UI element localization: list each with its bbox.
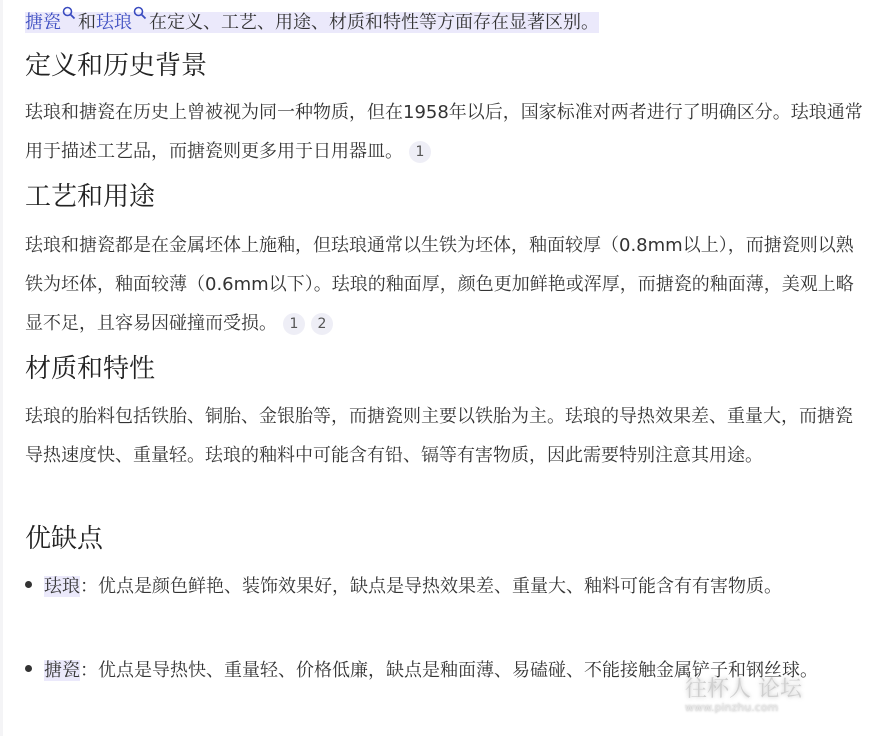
search-icon[interactable]	[133, 6, 147, 20]
section-heading-process: 工艺和用途	[25, 179, 155, 215]
citation-badge[interactable]: 2	[311, 313, 333, 335]
left-border	[0, 0, 3, 736]
section-heading-definition: 定义和历史背景	[25, 48, 207, 84]
term-link-tangci[interactable]: 搪瓷	[25, 12, 61, 33]
bullet-dot	[25, 665, 32, 672]
intro-text: 在定义、工艺、用途、材质和特性等方面存在显著区别。	[149, 12, 599, 33]
section-text-process: 珐琅和搪瓷都是在金属坯体上施釉，但珐琅通常以生铁为坯体，釉面较厚（0.8mm以上…	[25, 226, 865, 343]
intro-line: 搪瓷和珐琅在定义、工艺、用途、材质和特性等方面存在显著区别。	[25, 6, 599, 38]
section-text-definition: 珐琅和搪瓷在历史上曾被视为同一种物质，但在1958年以后，国家标准对两者进行了明…	[25, 93, 865, 171]
list-sep: ：	[80, 576, 98, 597]
paragraph-text: 珐琅和搪瓷都是在金属坯体上施釉，但珐琅通常以生铁为坯体，釉面较厚（0.8mm以上…	[25, 235, 854, 334]
citation-badge[interactable]: 1	[283, 313, 305, 335]
watermark-main: 往杯人 论坛	[685, 677, 802, 702]
intro-connector: 和	[78, 12, 96, 33]
section-heading-pros-cons: 优缺点	[25, 521, 103, 557]
list-term[interactable]: 珐琅	[44, 576, 80, 597]
list-term[interactable]: 搪瓷	[44, 660, 80, 681]
section-text-material: 珐琅的胎料包括铁胎、铜胎、金银胎等，而搪瓷则主要以铁胎为主。珐琅的导热效果差、重…	[25, 397, 865, 475]
watermark: 往杯人 论坛 www.pinzhu.com	[685, 672, 885, 722]
list-sep: ：	[80, 660, 98, 681]
list-text: 优点是颜色鲜艳、装饰效果好，缺点是导热效果差、重量大、釉料可能含有有害物质。	[98, 576, 782, 597]
watermark-sub: www.pinzhu.com	[685, 701, 885, 714]
paragraph-text: 珐琅和搪瓷在历史上曾被视为同一种物质，但在1958年以后，国家标准对两者进行了明…	[25, 102, 863, 162]
bullet-dot	[25, 581, 32, 588]
search-icon[interactable]	[62, 6, 76, 20]
section-heading-material: 材质和特性	[25, 351, 155, 387]
intro-highlight: 搪瓷和珐琅在定义、工艺、用途、材质和特性等方面存在显著区别。	[25, 12, 599, 33]
list-item-falang: 珐琅：优点是颜色鲜艳、装饰效果好，缺点是导热效果差、重量大、釉料可能含有有害物质…	[0, 567, 865, 606]
term-link-falang[interactable]: 珐琅	[96, 12, 132, 33]
paragraph-text: 珐琅的胎料包括铁胎、铜胎、金银胎等，而搪瓷则主要以铁胎为主。珐琅的导热效果差、重…	[25, 406, 853, 466]
citation-badge[interactable]: 1	[409, 141, 431, 163]
